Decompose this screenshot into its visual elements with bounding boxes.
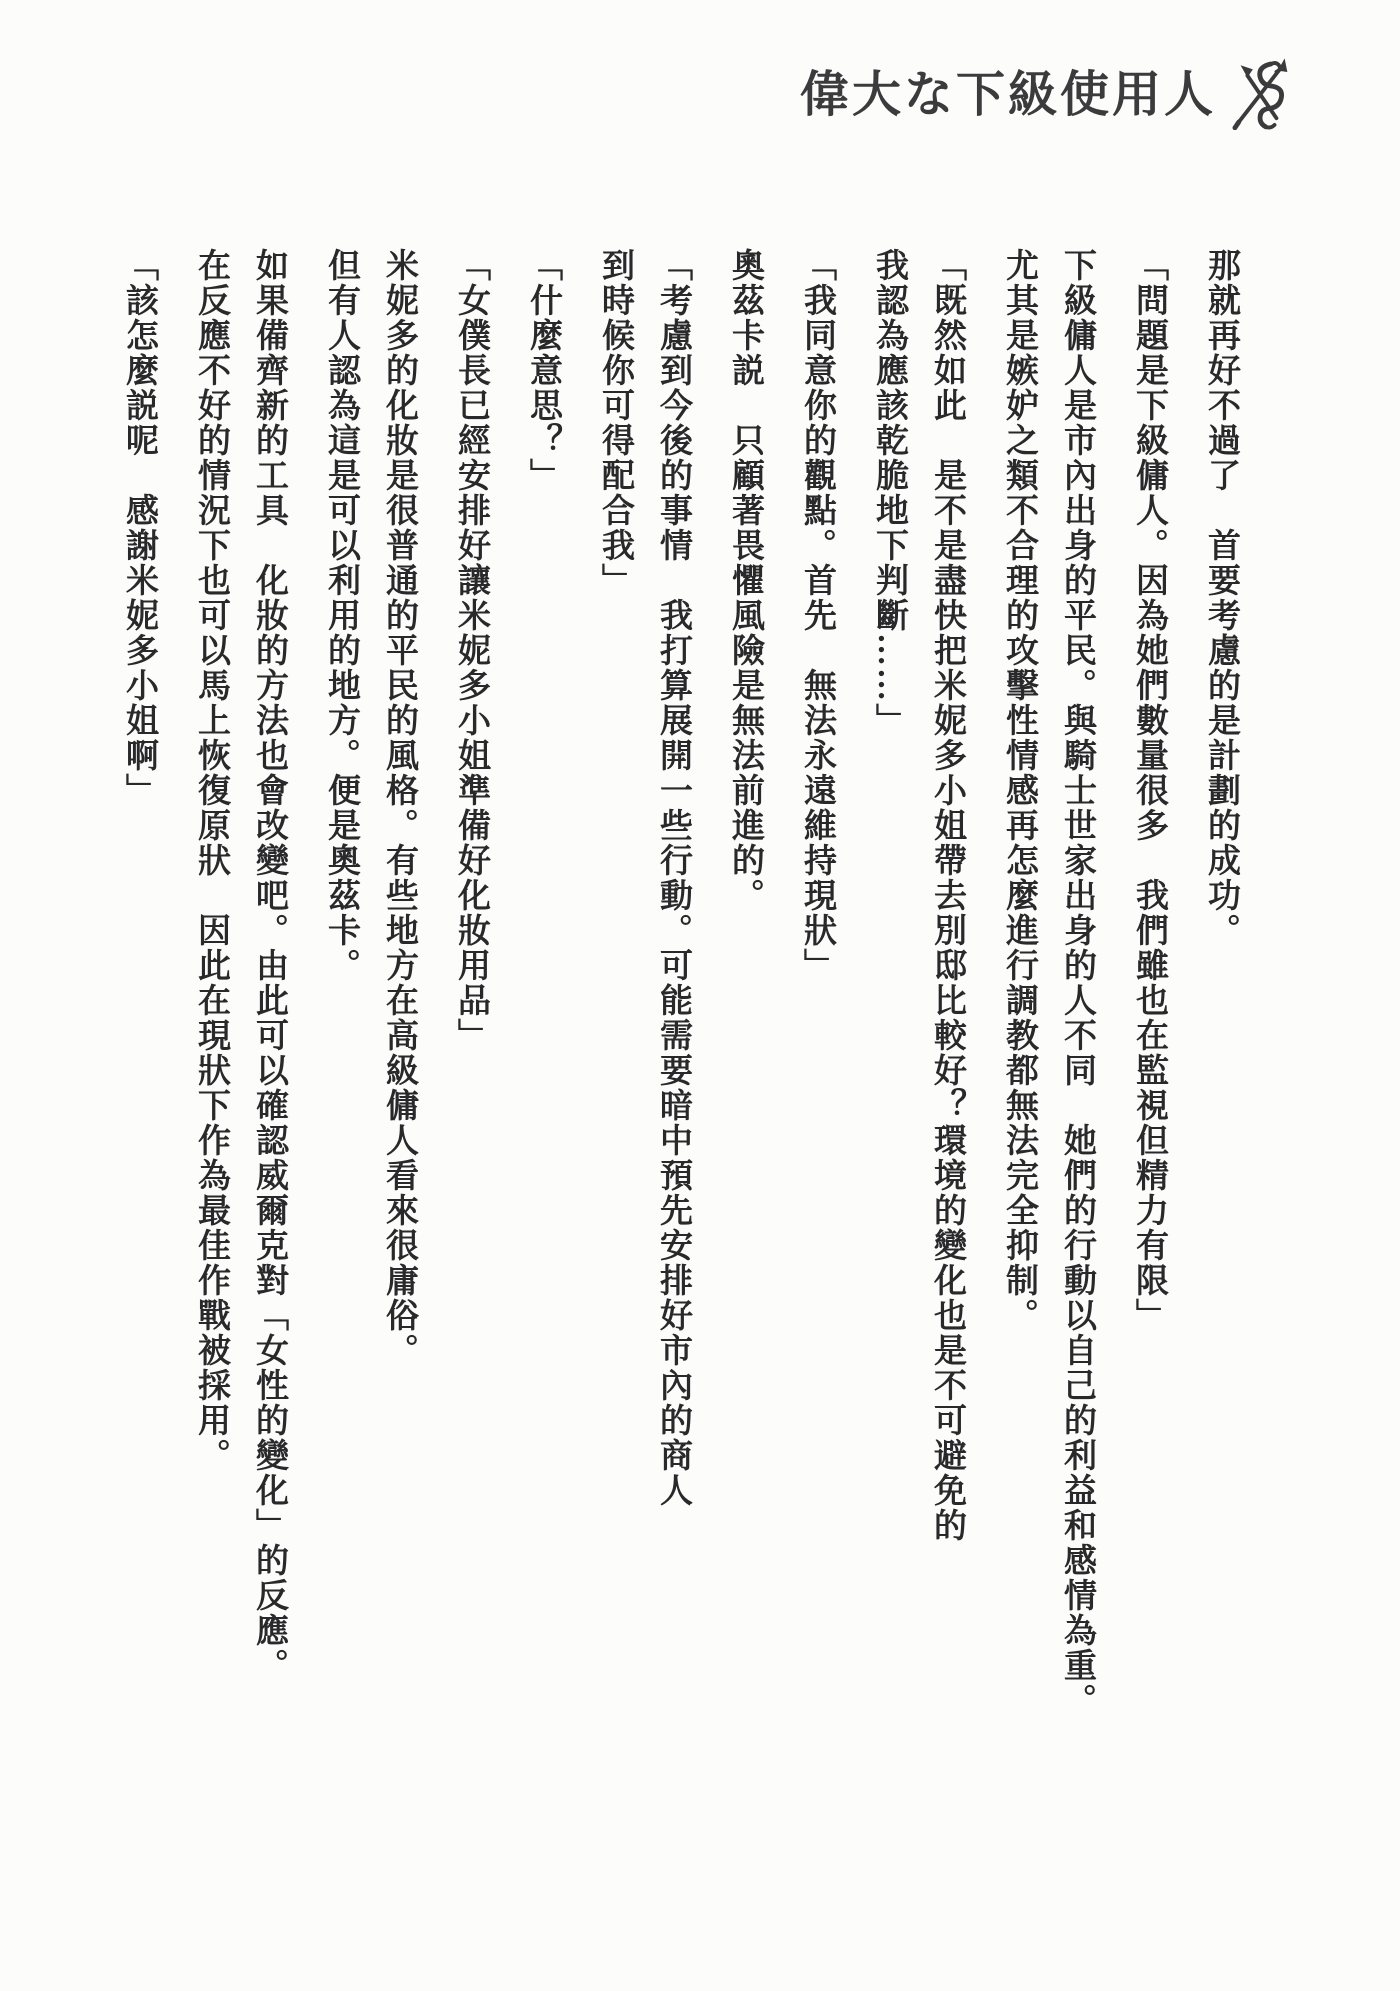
text-line: 我認為應該乾脆地下判斷……」 <box>860 248 918 1778</box>
text-line: 「該怎麼説呢 感謝米妮多小姐啊」 <box>110 248 168 1778</box>
page-header-title: 偉大な下級使用人 <box>800 70 1216 119</box>
text-line: 「考慮到今後的事情 我打算展開一些行動。可能需要暗中預先安排好市內的商人 <box>644 248 702 1778</box>
text-line: 「既然如此 是不是盡快把米妮多小姐帶去別邸比較好？環境的變化也是不可避免的 <box>918 248 976 1778</box>
text-line: 奧茲卡説 只顧著畏懼風險是無法前進的。 <box>716 248 774 1778</box>
text-line: 「女僕長已經安排好讓米妮多小姐準備好化妝用品」 <box>442 248 500 1778</box>
page-header: 偉大な下級使用人 <box>800 58 1290 130</box>
text-line: 那就再好不過了 首要考慮的是計劃的成功。 <box>1192 248 1250 1778</box>
text-line: 「我同意你的觀點。首先 無法永遠維持現狀」 <box>788 248 846 1778</box>
text-line: 米妮多的化妝是很普通的平民的風格。有些地方在高級傭人看來很庸俗。 <box>370 248 428 1778</box>
text-line: 「什麼意思？」 <box>514 248 572 1778</box>
text-line: 下級傭人是市內出身的平民。與騎士世家出身的人不同 她們的行動以自己的利益和感情為… <box>1048 248 1106 1778</box>
text-line: 到時候你可得配合我」 <box>586 248 644 1778</box>
text-line: 但有人認為這是可以利用的地方。便是奧茲卡。 <box>312 248 370 1778</box>
text-line: 如果備齊新的工具 化妝的方法也會改變吧。由此可以確認威爾克對「女性的變化」的反應… <box>240 248 298 1778</box>
text-line: 「問題是下級傭人。因為她們數量很多 我們雖也在監視但精力有限」 <box>1120 248 1178 1778</box>
body-text-block: 那就再好不過了 首要考慮的是計劃的成功。 「問題是下級傭人。因為她們數量很多 我… <box>110 248 1250 1778</box>
text-line: 尤其是嫉妒之類不合理的攻擊性情感再怎麼進行調教都無法完全抑制。 <box>990 248 1048 1778</box>
snake-and-spear-emblem-icon <box>1232 58 1290 130</box>
text-line: 在反應不好的情況下也可以馬上恢復原狀 因此在現狀下作為最佳作戰被採用。 <box>182 248 240 1778</box>
novel-page: 偉大な下級使用人 那就再好不過了 首要考慮的是計劃的成 <box>0 0 1400 1991</box>
